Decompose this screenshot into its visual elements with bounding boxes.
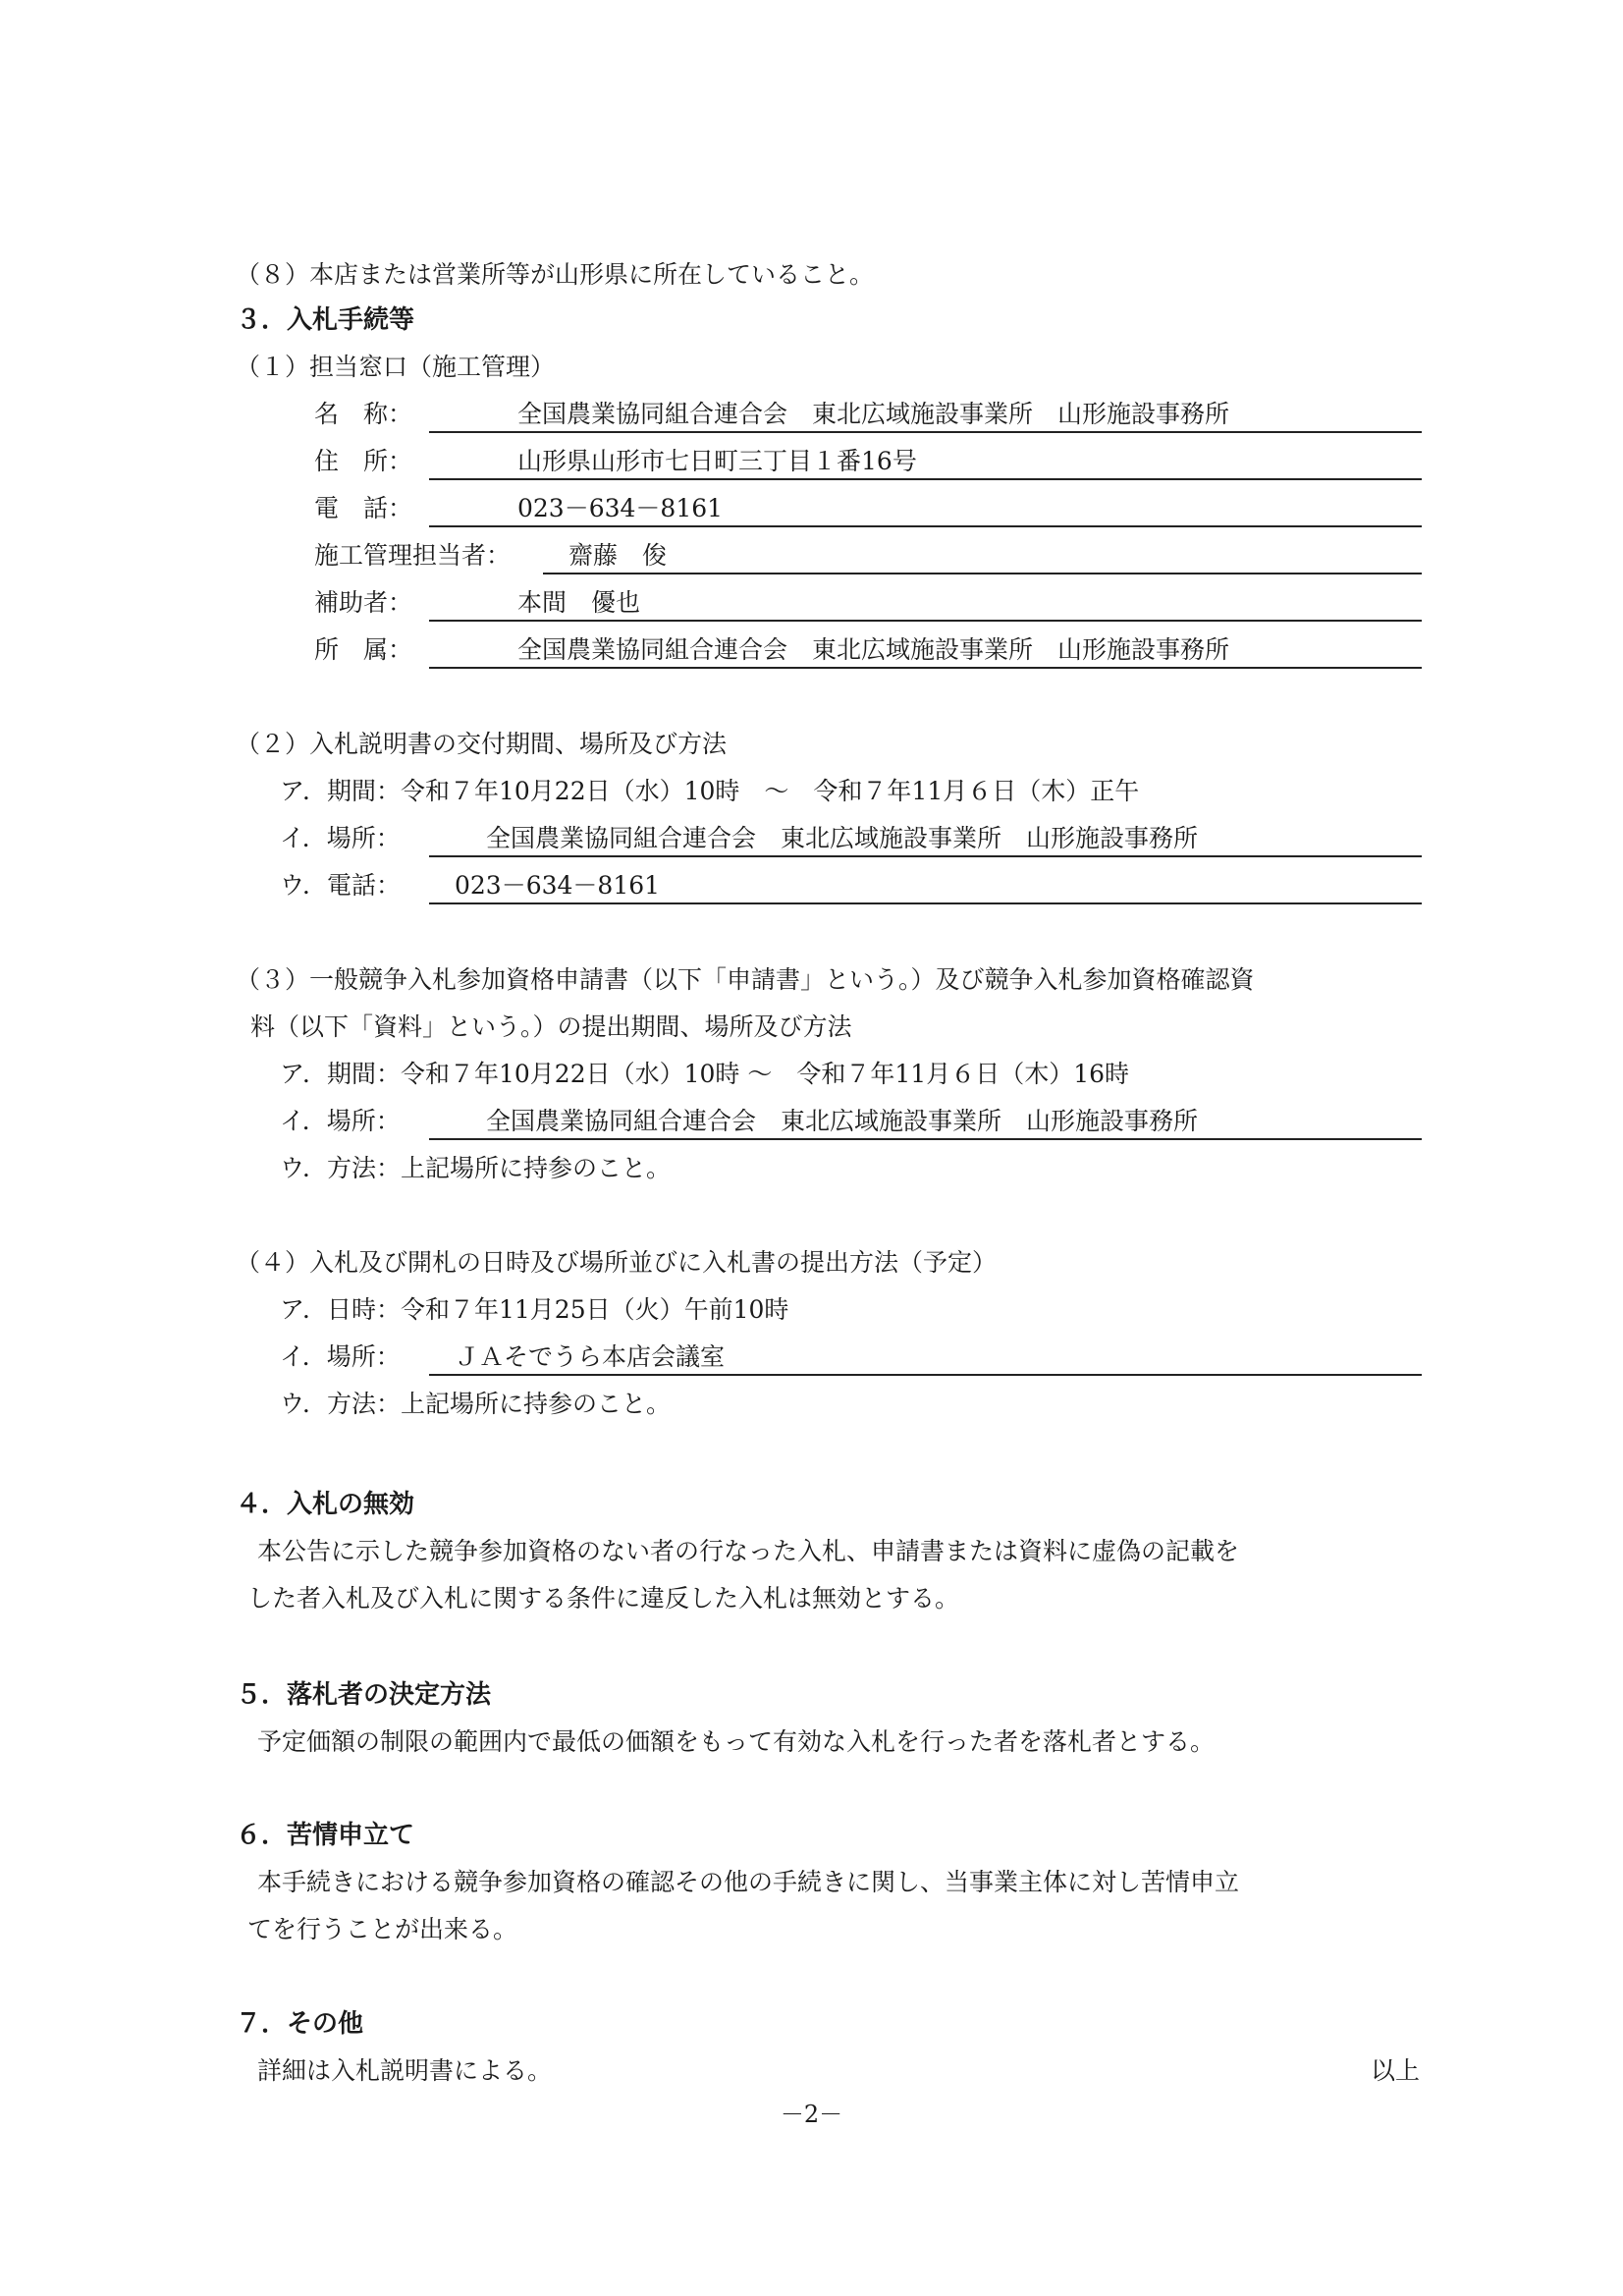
sub-2-place-value: 全国農業協同組合連合会 東北広域施設事業所 山形施設事務所 <box>429 822 1422 857</box>
section-3-heading: ３．入札手続等 <box>236 303 414 337</box>
field-value-address-text: 山形県山形市七日町三丁目１番16号 <box>517 445 917 478</box>
field-value-name: 全国農業協同組合連合会 東北広域施設事業所 山形施設事務所 <box>429 398 1422 433</box>
field-label-assistant: 補助者： <box>314 586 412 620</box>
field-label-address: 住 所： <box>314 445 412 478</box>
sub-2-title: （２）入札説明書の交付期間、場所及び方法 <box>236 728 727 761</box>
sub-4-place-text: ＪＡそでうら本店会議室 <box>455 1340 725 1374</box>
sub-3-period: ア．期間：令和７年10月22日（水）10時 ～ 令和７年11月６日（木）16時 <box>280 1058 1129 1091</box>
field-value-name-text: 全国農業協同組合連合会 東北広域施設事業所 山形施設事務所 <box>517 398 1229 431</box>
field-value-assistant-text: 本間 優也 <box>517 586 640 620</box>
sub-2-period: ア．期間：令和７年10月22日（水）10時 ～ 令和７年11月６日（木）正午 <box>280 775 1139 808</box>
field-label-affiliation: 所 属： <box>314 633 412 667</box>
section-7-line1: 詳細は入札説明書による。 <box>257 2054 552 2088</box>
item-8: （８）本店または営業所等が山形県に所在していること。 <box>236 258 874 292</box>
section-4-line1: 本公告に示した競争参加資格のない者の行なった入札、申請書または資料に虚偽の記載を <box>257 1535 1239 1568</box>
section-5-line1: 予定価額の制限の範囲内で最低の価額をもって有効な入札を行った者を落札者とする。 <box>257 1725 1215 1759</box>
sub-4-method: ウ．方法：上記場所に持参のこと。 <box>280 1388 671 1421</box>
field-label-manager: 施工管理担当者： <box>314 539 511 573</box>
sub-2-place-text: 全国農業協同組合連合会 東北広域施設事業所 山形施設事務所 <box>486 822 1198 855</box>
field-value-affiliation: 全国農業協同組合連合会 東北広域施設事業所 山形施設事務所 <box>429 633 1422 669</box>
sub-3-title-line1: （３）一般競争入札参加資格申請書（以下「申請書」という。）及び競争入札参加資格確… <box>236 963 1255 997</box>
sub-2-phone-label: ウ．電話： <box>280 869 401 902</box>
field-value-address: 山形県山形市七日町三丁目１番16号 <box>429 445 1422 480</box>
sub-3-method: ウ．方法：上記場所に持参のこと。 <box>280 1152 671 1185</box>
closing-mark: 以上 <box>1371 2054 1420 2088</box>
section-6-line2: てを行うことが出来る。 <box>247 1913 517 1946</box>
field-label-name: 名 称： <box>314 398 412 431</box>
sub-2-phone-value: 023－634－8161 <box>429 869 1422 904</box>
sub-2-phone-text: 023－634－8161 <box>455 869 660 902</box>
section-5-heading: ５．落札者の決定方法 <box>236 1678 491 1712</box>
sub-3-title-line2: 料（以下「資料」という。）の提出期間、場所及び方法 <box>250 1011 852 1044</box>
sub-3-place-text: 全国農業協同組合連合会 東北広域施設事業所 山形施設事務所 <box>486 1105 1198 1138</box>
page-number: －2－ <box>0 2098 1623 2131</box>
field-label-phone: 電 話： <box>314 492 412 525</box>
section-6-line1: 本手続きにおける競争参加資格の確認その他の手続きに関し、当事業主体に対し苦情申立 <box>257 1866 1239 1899</box>
section-7-heading: ７．その他 <box>236 2007 363 2041</box>
sub-1-title: （１）担当窓口（施工管理） <box>236 351 555 384</box>
sub-4-place-value: ＪＡそでうら本店会議室 <box>429 1340 1422 1376</box>
field-value-phone: 023－634－8161 <box>429 492 1422 527</box>
sub-3-place-value: 全国農業協同組合連合会 東北広域施設事業所 山形施設事務所 <box>429 1105 1422 1140</box>
sub-4-place-label: イ．場所： <box>280 1340 401 1374</box>
field-value-affiliation-text: 全国農業協同組合連合会 東北広域施設事業所 山形施設事務所 <box>517 633 1229 667</box>
section-6-heading: ６．苦情申立て <box>236 1819 414 1852</box>
field-value-phone-text: 023－634－8161 <box>517 492 723 525</box>
document-page: （８）本店または営業所等が山形県に所在していること。 ３．入札手続等 （１）担当… <box>0 0 1623 2296</box>
section-4-line2: した者入札及び入札に関する条件に違反した入札は無効とする。 <box>247 1582 959 1615</box>
field-value-assistant: 本間 優也 <box>429 586 1422 622</box>
field-value-manager-text: 齋藤 俊 <box>568 539 667 573</box>
field-value-manager: 齋藤 俊 <box>543 539 1422 574</box>
sub-4-datetime: ア．日時：令和７年11月25日（火）午前10時 <box>280 1293 788 1327</box>
sub-2-place-label: イ．場所： <box>280 822 401 855</box>
section-4-heading: ４．入札の無効 <box>236 1488 414 1521</box>
sub-4-title: （４）入札及び開札の日時及び場所並びに入札書の提出方法（予定） <box>236 1246 997 1280</box>
sub-3-place-label: イ．場所： <box>280 1105 401 1138</box>
